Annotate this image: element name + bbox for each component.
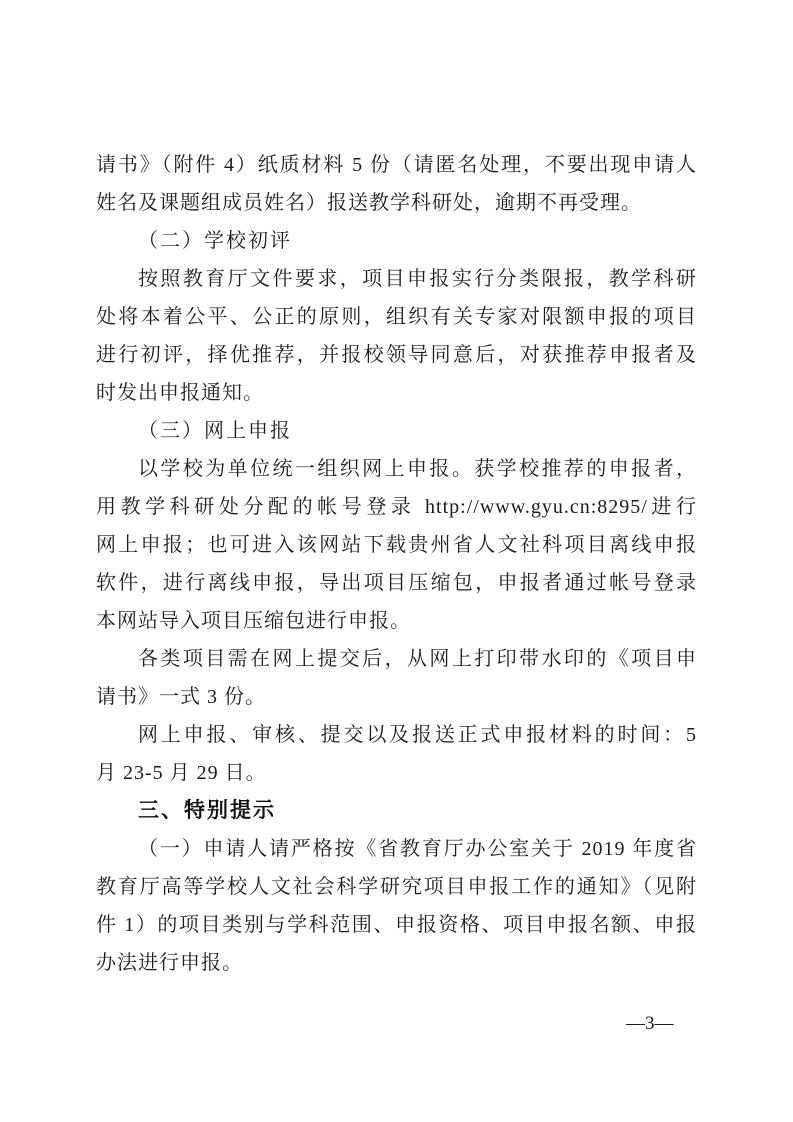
text-line: 姓名及课题组成员姓名）报送教学科研处，逾期不再受理。 bbox=[96, 184, 697, 222]
text-line: 教育厅高等学校人文社会科学研究项目申报工作的通知》（见附 bbox=[96, 868, 697, 906]
text-line: 办法进行申报。 bbox=[96, 944, 697, 982]
text-line: 软件，进行离线申报，导出项目压缩包，申报者通过帐号登录 bbox=[96, 564, 697, 602]
page-number: —3— bbox=[626, 1011, 686, 1037]
text-line: 时发出申报通知。 bbox=[96, 374, 697, 412]
text-line: 以学校为单位统一组织网上申报。获学校推荐的申报者， bbox=[96, 450, 697, 488]
subheading-line: （二）学校初评 bbox=[96, 222, 697, 260]
text-line: 请书》一式 3 份。 bbox=[96, 678, 697, 716]
text-line: 用教学科研处分配的帐号登录 http://www.gyu.cn:8295/进行 bbox=[96, 488, 697, 526]
document-body: 请书》（附件 4）纸质材料 5 份（请匿名处理，不要出现申请人 姓名及课题组成员… bbox=[96, 146, 697, 982]
text-line: 网上申报、审核、提交以及报送正式申报材料的时间：5 bbox=[96, 716, 697, 754]
text-line: 进行初评，择优推荐，并报校领导同意后，对获推荐申报者及 bbox=[96, 336, 697, 374]
text-line: 处将本着公平、公正的原则，组织有关专家对限额申报的项目 bbox=[96, 298, 697, 336]
document-page: 请书》（附件 4）纸质材料 5 份（请匿名处理，不要出现申请人 姓名及课题组成员… bbox=[0, 0, 793, 1122]
subheading-line: （三）网上申报 bbox=[96, 412, 697, 450]
text-line: 月 23-5 月 29 日。 bbox=[96, 754, 697, 792]
text-line: （一）申请人请严格按《省教育厅办公室关于 2019 年度省 bbox=[96, 830, 697, 868]
text-line: 按照教育厅文件要求，项目申报实行分类限报，教学科研 bbox=[96, 260, 697, 298]
text-line: 请书》（附件 4）纸质材料 5 份（请匿名处理，不要出现申请人 bbox=[96, 146, 697, 184]
text-line: 网上申报；也可进入该网站下载贵州省人文社科项目离线申报 bbox=[96, 526, 697, 564]
text-line: 各类项目需在网上提交后，从网上打印带水印的《项目申 bbox=[96, 640, 697, 678]
text-line: 件 1）的项目类别与学科范围、申报资格、项目申报名额、申报 bbox=[96, 906, 697, 944]
text-line: 本网站导入项目压缩包进行申报。 bbox=[96, 602, 697, 640]
section-heading: 三、特别提示 bbox=[96, 792, 697, 830]
